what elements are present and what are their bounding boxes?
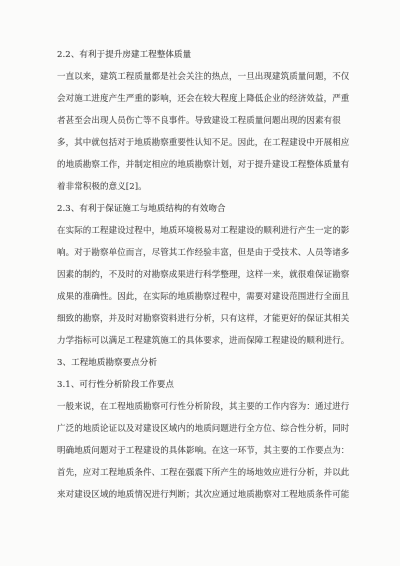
paragraph-line: 一直以来，建筑工程质量都是社会关注的热点，一旦出现建筑质量问题，不仅	[57, 66, 345, 88]
paragraph-line: 细致的勘察，并及时对勘察资料进行分析，只有这样，才能更好的保证其相关	[57, 308, 345, 330]
paragraph-feasibility: 一般来说，在工程地质勘察可行性分析阶段，其主要的工作内容为：通过进行 广泛的地质…	[57, 396, 345, 506]
section-heading-3: 3、工程地质勘察要点分析	[57, 352, 345, 374]
paragraph-line: 力学指标可以满足工程建筑施工的具体要求，进而保障工程建设的顺利进行。	[57, 330, 345, 352]
section-heading-3-1: 3.1、可行性分析阶段工作要点	[57, 374, 345, 396]
paragraph-line: 在实际的工程建设过程中，地质环境极易对工程建设的顺利进行产生一定的影	[57, 220, 345, 242]
paragraph-line: 会对施工进度产生严重的影响，还会在较大程度上降低企业的经济效益，严重	[57, 88, 345, 110]
paragraph-line: 广泛的地质论证以及对建设区域内的地质问题进行全方位、综合性分析，同时	[57, 418, 345, 440]
paragraph-line: 响。对于勘察单位而言，尽管其工作经验丰富，但是由于受技术、人员等诸多	[57, 242, 345, 264]
paragraph-geology-fit: 在实际的工程建设过程中，地质环境极易对工程建设的顺利进行产生一定的影 响。对于勘…	[57, 220, 345, 352]
paragraph-line: 着非常积极的意义[2]。	[57, 176, 345, 198]
paragraph-line: 明确地质问题对于工程建设的具体影响。在这一环节，其主要的工作要点为：	[57, 440, 345, 462]
section-heading-2-3: 2.3、有利于保证施工与地质结构的有效吻合	[57, 198, 345, 220]
section-heading-2-2: 2.2、有利于提升房建工程整体质量	[57, 44, 345, 66]
paragraph-line: 因素的制约，不及时的对勘察成果进行科学整理，这样一来，就很难保证勘察	[57, 264, 345, 286]
paragraph-line: 成果的准确性。因此，在实际的地质勘察过程中，需要对建设范围进行全面且	[57, 286, 345, 308]
paragraph-line: 多，其中就包括对于地质勘察重要性认知不足。因此，在工程建设中开展相应	[57, 132, 345, 154]
paragraph-line: 来对建设区域的地质情况进行判断；其次应通过地质勘察对工程地质条件可能	[57, 484, 345, 506]
document-page: 2.2、有利于提升房建工程整体质量 一直以来，建筑工程质量都是社会关注的热点，一…	[0, 0, 400, 566]
document-content: 2.2、有利于提升房建工程整体质量 一直以来，建筑工程质量都是社会关注的热点，一…	[57, 44, 345, 506]
paragraph-line: 一般来说，在工程地质勘察可行性分析阶段，其主要的工作内容为：通过进行	[57, 396, 345, 418]
paragraph-line: 者甚至会出现人员伤亡等不良事件。导致建设工程质量问题出现的因素有很	[57, 110, 345, 132]
paragraph-quality: 一直以来，建筑工程质量都是社会关注的热点，一旦出现建筑质量问题，不仅 会对施工进…	[57, 66, 345, 198]
paragraph-line: 首先，应对工程地质条件、工程在强震下所产生的场地效应进行分析，并以此	[57, 462, 345, 484]
paragraph-line: 的地质勘察工作，并制定相应的地质勘察计划，对于提升建设工程整体质量有	[57, 154, 345, 176]
